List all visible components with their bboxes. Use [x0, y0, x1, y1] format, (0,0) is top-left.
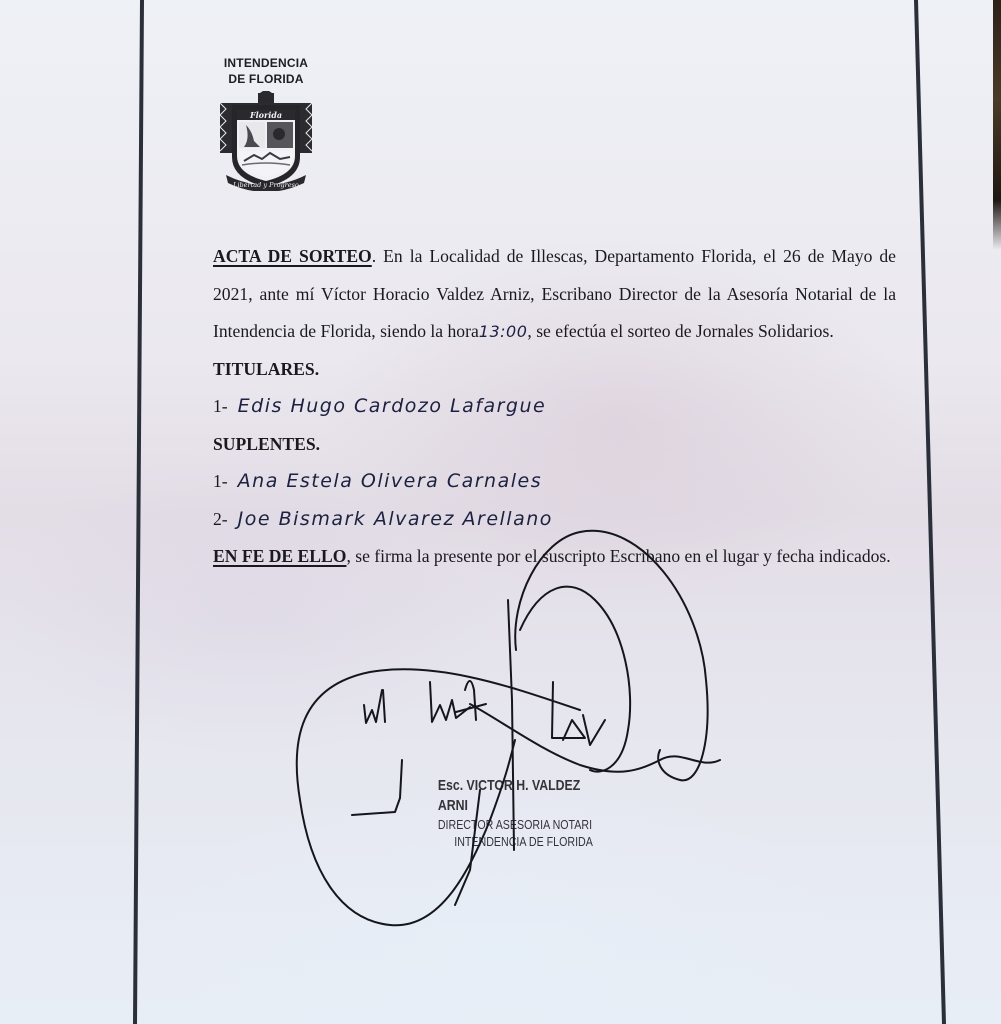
- suplente-number: 2-: [213, 509, 228, 529]
- document-body: ACTA DE SORTEO. En la Localidad de Illes…: [213, 238, 896, 576]
- logo-title-line2: DE FLORIDA: [207, 71, 325, 87]
- closing-lead: EN FE DE ELLO: [213, 546, 346, 566]
- notary-stamp: Esc. VICTOR H. VALDEZ ARNI DIRECTOR ASES…: [428, 776, 608, 850]
- suplentes-heading: SUPLENTES.: [213, 426, 896, 464]
- act-intro-part2: , se efectúa el sorteo de Jornales Solid…: [527, 321, 833, 341]
- suplente-item: 1-Ana Estela Olivera Carnales: [213, 463, 896, 501]
- intendencia-logo: INTENDENCIA DE FLORIDA Florida Libertad …: [207, 55, 325, 191]
- svg-text:Florida: Florida: [249, 110, 282, 120]
- titulares-heading: TITULARES.: [213, 351, 896, 389]
- suplente-item: 2-Joe Bismark Alvarez Arellano: [213, 501, 896, 539]
- titular-number: 1-: [213, 396, 228, 416]
- suplente-name: Joe Bismark Alvarez Arellano: [238, 508, 553, 530]
- act-intro-paragraph: ACTA DE SORTEO. En la Localidad de Illes…: [213, 238, 896, 351]
- florida-shield-icon: Florida Libertad y Progreso: [218, 91, 314, 191]
- hour-handwritten: 13:00: [479, 322, 528, 341]
- suplente-name: Ana Estela Olivera Carnales: [238, 470, 542, 492]
- closing-paragraph: EN FE DE ELLO, se firma la presente por …: [213, 538, 896, 576]
- titular-name: Edis Hugo Cardozo Lafargue: [238, 395, 547, 417]
- act-title: ACTA DE SORTEO: [213, 246, 372, 266]
- svg-text:Libertad y Progreso: Libertad y Progreso: [232, 181, 299, 189]
- stamp-institution: INTENDENCIA DE FLORIDA: [454, 833, 608, 850]
- stamp-name: Esc. VICTOR H. VALDEZ ARNI: [438, 776, 609, 816]
- suplente-number: 1-: [213, 471, 228, 491]
- logo-title-line1: INTENDENCIA: [207, 55, 325, 71]
- closing-text: , se firma la presente por el suscripto …: [346, 546, 890, 566]
- titular-item: 1-Edis Hugo Cardozo Lafargue: [213, 388, 896, 426]
- stamp-title: DIRECTOR ASESORIA NOTARI: [438, 816, 609, 833]
